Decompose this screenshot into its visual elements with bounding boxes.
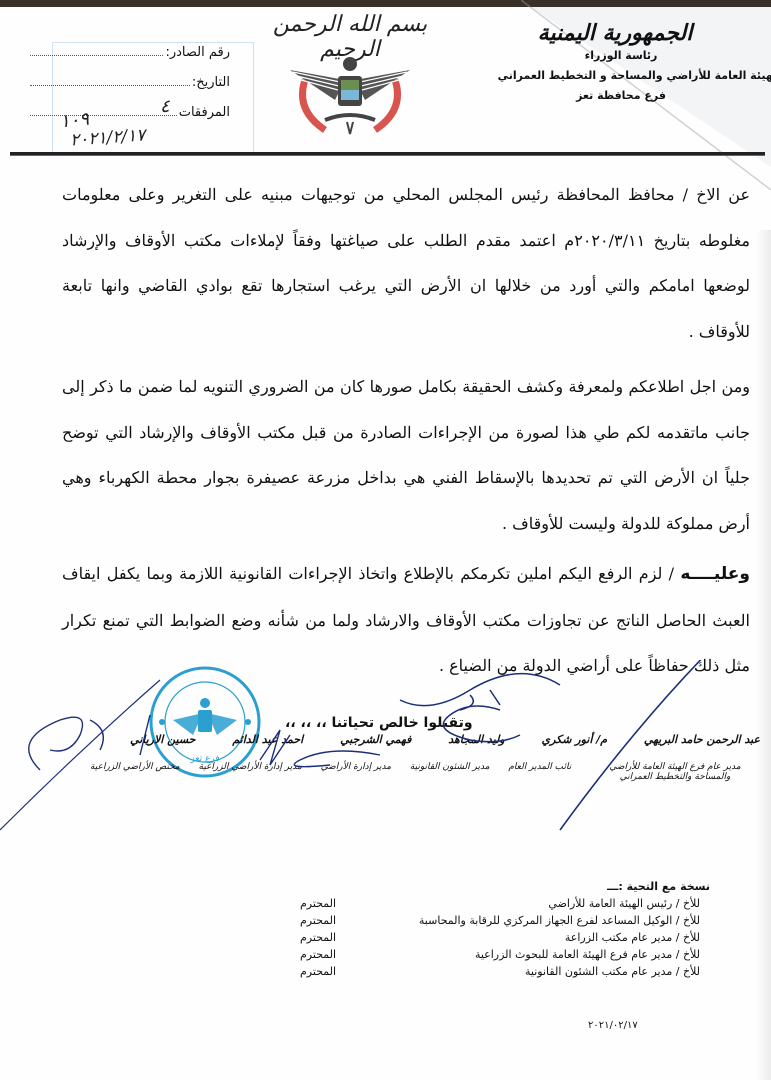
cc-list: نسخة مع التحية :ـــ للأخ / رئيس الهيئة ا… [300,880,700,980]
signatory-name: عبد الرحمن حامد البريهي [644,733,760,746]
cc-recipient: للأخ / الوكيل المساعد لفرع الجهاز المركز… [419,912,700,929]
date-label: التاريخ: [192,75,230,90]
signatory-title: مدير إدارة الأراضي [321,762,391,782]
ref-label: رقم الصادر: [165,45,230,60]
page-shadow [757,230,771,1080]
signatory-title: مدير عام فرع الهيئة العامة للأراضي والمس… [590,762,760,782]
authority-name: الهيئة العامة للأراضي والمساحة و التخطيط… [501,66,771,86]
paragraph-3-text: / لزم الرفع اليكم املين تكرمكم بالإطلاع … [62,564,750,675]
letter-body: عن الاخ / محافظ المحافظة رئيس المجلس الم… [62,172,750,689]
ref-field [30,55,163,56]
signatory-title: مدير إدارة الأراضي الزراعية [199,762,302,782]
conclusion-label: وعليــــه [680,564,750,584]
org-header: الجمهورية اليمنية رئاسة الوزراء الهيئة ا… [501,20,741,106]
cc-recipient: للأخ / رئيس الهيئة العامة للأراضي [548,895,700,912]
cc-honorific: المحترم [300,946,336,963]
cc-item: للأخ / الوكيل المساعد لفرع الجهاز المركز… [300,912,700,929]
reference-block: رقم الصادر: التاريخ: المرفقات [30,30,230,120]
handwritten-attachments: ٤ [160,96,170,117]
date-field [30,85,190,86]
cc-item: للأخ / رئيس الهيئة العامة للأراضيالمحترم [300,895,700,912]
closing-greeting: وتقبلوا خالص تحياتنا ،، ،، ،، [285,715,473,731]
paragraph-1: عن الاخ / محافظ المحافظة رئيس المجلس الم… [62,172,750,354]
cc-recipient: للأخ / مدير عام فرع الهيئة العامة للبحوث… [475,946,700,963]
footer-date: ٢٠٢١/٠٢/١٧ [588,1020,638,1031]
signatory-name: م/ أنور شكري [541,733,607,746]
signatory-name: وليد المجاهد [448,733,504,746]
branch-name: فرع محافظة تعز [501,86,741,106]
signatory-name: احمد عبد الدائم [232,733,303,746]
signatory-name: حسين الارياني [130,733,195,746]
cc-honorific: المحترم [300,929,336,946]
cc-recipient: للأخ / مدير عام مكتب الشئون القانونية [525,963,700,980]
attachments-label: المرفقات [179,105,230,120]
cc-item: للأخ / مدير عام مكتب الزراعةالمحترم [300,929,700,946]
republic-title: الجمهورية اليمنية [501,20,729,46]
cc-honorific: المحترم [300,963,336,980]
cc-honorific: المحترم [300,912,336,929]
yemen-eagle-emblem-icon [285,50,415,135]
cc-item: للأخ / مدير عام مكتب الشئون القانونيةالم… [300,963,700,980]
signatory-names: حسين الارياني احمد عبد الدائم فهمي الشرج… [130,733,760,746]
attachments-field [30,115,177,116]
cc-honorific: المحترم [300,895,336,912]
presidency: رئاسة الوزراء [501,46,741,66]
signatory-title: مدير الشئون القانونية [410,762,490,782]
signatory-titles: مختص الأراضي الزراعية مدير إدارة الأراضي… [90,762,760,782]
signatory-title: نائب المدير العام [508,762,571,782]
signatory-name: فهمي الشرجبي [340,733,411,746]
paragraph-2: ومن اجل اطلاعكم ولمعرفة وكشف الحقيقة بكا… [62,364,750,546]
signatory-title: مختص الأراضي الزراعية [90,762,180,782]
header-divider [10,152,765,156]
cc-heading: نسخة مع التحية :ـــ [300,880,710,893]
cc-recipient: للأخ / مدير عام مكتب الزراعة [565,929,700,946]
cc-item: للأخ / مدير عام فرع الهيئة العامة للبحوث… [300,946,700,963]
